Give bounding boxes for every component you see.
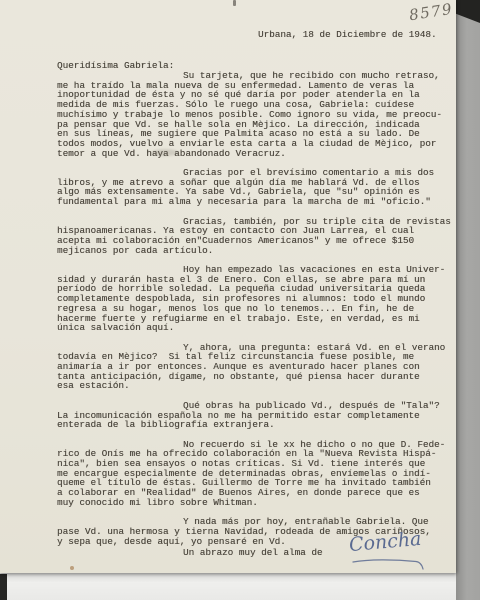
scan-edge-bottom-left — [0, 574, 7, 600]
letter-paragraph: Hoy han empezado las vacaciones en esta … — [57, 265, 453, 333]
scanner-background-right — [456, 0, 480, 600]
dateline: Urbana, 18 de Diciembre de 1948. — [258, 30, 437, 40]
paper-stain — [233, 0, 236, 6]
letter-paragraph: Gracias por el brevísimo comentario a mi… — [57, 168, 453, 207]
salutation: Queridísima Gabriela: — [57, 61, 174, 71]
paper-smudge — [152, 149, 178, 156]
paper-stain — [70, 566, 74, 570]
letter-paragraph: No recuerdo si le xx he dicho o no que D… — [57, 440, 453, 508]
signature-underline-flourish — [352, 558, 428, 572]
scanned-letter-view: 8579 Urbana, 18 de Diciembre de 1948. Qu… — [0, 0, 480, 600]
letter-paragraph: Gracias, también, por su triple cita de … — [57, 217, 453, 256]
letter-paragraph: Su tarjeta, que he recibido con mucho re… — [57, 71, 453, 158]
letter-paper: 8579 Urbana, 18 de Diciembre de 1948. Qu… — [0, 0, 456, 573]
archive-number-annotation: 8579 — [408, 0, 454, 24]
scanner-background-bottom — [0, 573, 456, 600]
letter-paragraph: Y, ahora, una pregunta: estará Vd. en el… — [57, 343, 453, 392]
letter-body: Su tarjeta, que he recibido con mucho re… — [57, 71, 453, 567]
letter-paragraph: Qué obras ha publicado Vd., después de "… — [57, 401, 453, 430]
